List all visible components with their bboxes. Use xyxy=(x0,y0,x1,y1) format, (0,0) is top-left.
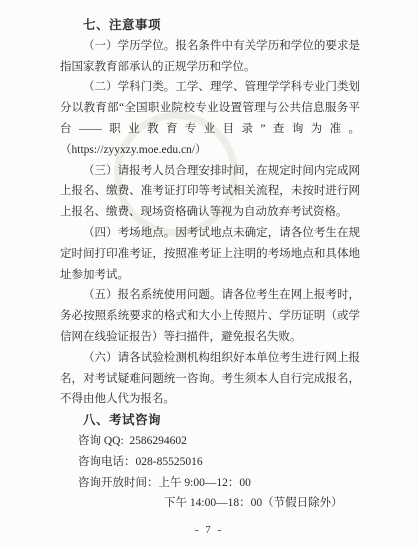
text-line: （六）请各试验检测机构组织好本单位考生进行网上报 xyxy=(60,348,360,369)
section-heading: 七、注意事项 xyxy=(60,15,360,36)
page-number: - 7 - xyxy=(0,524,418,536)
text-line: 咨询开放时间：上午 9:00—12：00 xyxy=(60,473,360,494)
text-line: 上报名、缴费、准考证打印等考试相关流程，未按时进行网 xyxy=(60,181,360,202)
text-line: 下午 14:00—18：00（节假日除外） xyxy=(60,493,360,514)
text-line: （二）学科门类。工学、理学、管理学学科专业门类划 xyxy=(60,77,360,98)
document-page: 七、注意事项（一）学历学位。报名条件中有关学历和学位的要求是指国家教育部承认的正… xyxy=(0,0,418,547)
text-line: 信网在线验证报告）等扫描件，避免报名失败。 xyxy=(60,327,360,348)
text-line: 址参加考试。 xyxy=(60,265,360,286)
text-line: 定时间打印准考证，按照准考证上注明的考场地点和具体地 xyxy=(60,244,360,265)
text-line: 咨询电话：028-85525016 xyxy=(60,452,360,473)
text-column: 七、注意事项（一）学历学位。报名条件中有关学历和学位的要求是指国家教育部承认的正… xyxy=(60,15,360,514)
text-line: （四）考场地点。因考试地点未确定，请各位考生在规 xyxy=(60,223,360,244)
text-line: 上报名、缴费、现场资格确认等视为自动放弃考试资格。 xyxy=(60,202,360,223)
text-line: 务必按照系统要求的格式和大小上传照片、学历证明（或学 xyxy=(60,306,360,327)
text-line: 台——职业教育专业目录”查询为准。 xyxy=(60,119,360,140)
text-line: （https://zyyxzy.moe.edu.cn/） xyxy=(60,140,360,161)
text-line: （一）学历学位。报名条件中有关学历和学位的要求是 xyxy=(60,36,360,57)
text-line: 分以教育部“全国职业院校专业设置管理与公共信息服务平 xyxy=(60,98,360,119)
text-line: 不得由他人代为报名。 xyxy=(60,389,360,410)
text-line: 咨询 QQ: 2586294602 xyxy=(60,431,360,452)
text-line: 名，对考试疑难问题统一咨询。考生须本人自行完成报名， xyxy=(60,369,360,390)
text-line: （三）请报考人员合理安排时间，在规定时间内完成网 xyxy=(60,161,360,182)
text-line: 指国家教育部承认的正规学历和学位。 xyxy=(60,57,360,78)
section-heading: 八、考试咨询 xyxy=(60,410,360,431)
text-line: （五）报名系统使用问题。请各位考生在网上报考时， xyxy=(60,285,360,306)
